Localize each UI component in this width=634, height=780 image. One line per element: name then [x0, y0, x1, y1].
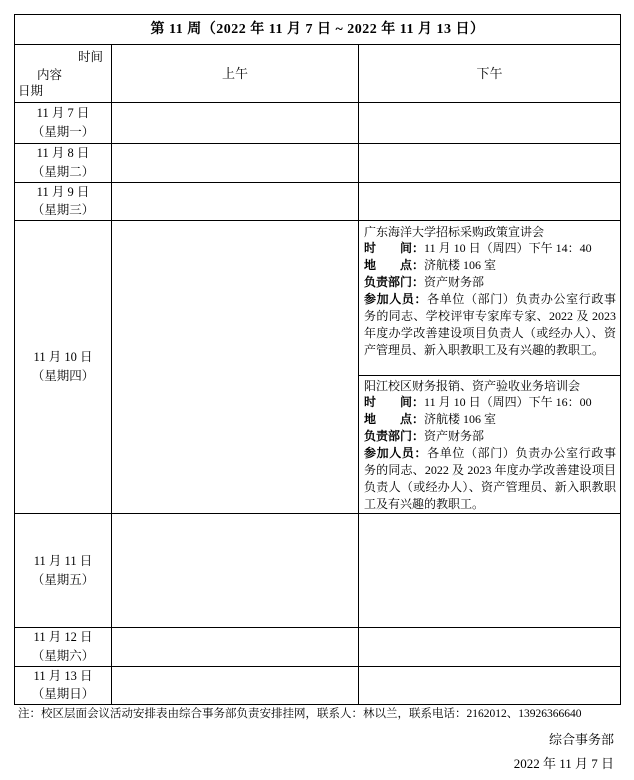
event-dept-value: 资产财务部 — [424, 429, 484, 443]
signature-date: 2022 年 11 月 7 日 — [514, 753, 614, 772]
date-cell-saturday: 11 月 12 日 （星期六） — [15, 628, 112, 667]
table-title-cell: 第 11 周（2022 年 11 月 7 日 ~ 2022 年 11 月 13 … — [15, 15, 621, 45]
date-cell-thursday: 11 月 10 日 （星期四） — [15, 221, 112, 514]
event-finance-training: 阳江校区财务报销、资产验收业务培训会 时 间：11 月 10 日（周四）下午 1… — [359, 376, 620, 513]
event-place-value: 济航楼 106 室 — [424, 412, 496, 426]
corner-label-time: 时间 — [78, 48, 103, 67]
footnote: 注：校区层面会议活动安排表由综合事务部负责安排挂网，联系人：林以兰，联系电话：2… — [18, 707, 618, 722]
event-dept-line: 负责部门：资产财务部 — [364, 428, 616, 445]
corner-label-date: 日期 — [18, 82, 43, 101]
event-attendees-line: 参加人员：各单位（部门）负责办公室行政事务的同志、学校评审专家库专家、2022 … — [364, 291, 616, 359]
date-label: 11 月 7 日 — [15, 104, 111, 123]
event-time-label: 时 间： — [364, 241, 424, 255]
cell-pm-wednesday — [359, 182, 621, 221]
table-row-wednesday: 11 月 9 日 （星期三） — [15, 182, 621, 221]
cell-am-thursday — [112, 221, 359, 514]
corner-header-cell: 时间 内容 日期 — [15, 45, 112, 103]
date-label: 11 月 9 日 — [15, 183, 111, 202]
event-procurement-briefing: 广东海洋大学招标采购政策宣讲会 时 间：11 月 10 日（周四）下午 14：4… — [359, 222, 620, 376]
event-attendees-label: 参加人员： — [364, 292, 427, 306]
date-cell-wednesday: 11 月 9 日 （星期三） — [15, 182, 112, 221]
event-dept-value: 资产财务部 — [424, 275, 484, 289]
event-title: 阳江校区财务报销、资产验收业务培训会 — [364, 378, 616, 395]
cell-am-friday — [112, 514, 359, 628]
table-row-sunday: 11 月 13 日 （星期日） — [15, 666, 621, 705]
event-place-line: 地 点：济航楼 106 室 — [364, 411, 616, 428]
cell-pm-friday — [359, 514, 621, 628]
table-header-row: 时间 内容 日期 上午 下午 — [15, 45, 621, 103]
date-cell-monday: 11 月 7 日 （星期一） — [15, 103, 112, 144]
table-row-tuesday: 11 月 8 日 （星期二） — [15, 144, 621, 183]
table-row-saturday: 11 月 12 日 （星期六） — [15, 628, 621, 667]
event-time-label: 时 间： — [364, 395, 424, 409]
cell-am-tuesday — [112, 144, 359, 183]
date-cell-sunday: 11 月 13 日 （星期日） — [15, 666, 112, 705]
date-label: 11 月 10 日 — [15, 348, 111, 367]
weekday-label: （星期三） — [15, 201, 111, 220]
date-label: 11 月 8 日 — [15, 144, 111, 163]
document-page: 第 11 周（2022 年 11 月 7 日 ~ 2022 年 11 月 13 … — [0, 0, 634, 780]
weekday-label: （星期六） — [15, 647, 111, 666]
event-time-value: 11 月 10 日（周四）下午 16：00 — [424, 395, 592, 409]
date-cell-friday: 11 月 11 日 （星期五） — [15, 514, 112, 628]
date-label: 11 月 12 日 — [15, 628, 111, 647]
event-attendees-label: 参加人员： — [364, 446, 427, 460]
cell-pm-monday — [359, 103, 621, 144]
cell-am-wednesday — [112, 182, 359, 221]
weekday-label: （星期一） — [15, 123, 111, 142]
date-label: 11 月 13 日 — [15, 667, 111, 686]
event-time-value: 11 月 10 日（周四）下午 14：40 — [424, 241, 592, 255]
cell-am-sunday — [112, 666, 359, 705]
weekday-label: （星期五） — [15, 571, 111, 590]
event-title: 广东海洋大学招标采购政策宣讲会 — [364, 224, 616, 241]
event-attendees-line: 参加人员：各单位（部门）负责办公室行政事务的同志、2022 及 2023 年度办… — [364, 445, 616, 513]
table-title: 第 11 周（2022 年 11 月 7 日 ~ 2022 年 11 月 13 … — [151, 22, 485, 37]
weekly-schedule-table: 第 11 周（2022 年 11 月 7 日 ~ 2022 年 11 月 13 … — [14, 14, 621, 705]
signature-department: 综合事务部 — [549, 729, 614, 748]
event-time-line: 时 间：11 月 10 日（周四）下午 14：40 — [364, 240, 616, 257]
weekday-label: （星期日） — [15, 685, 111, 704]
cell-am-saturday — [112, 628, 359, 667]
table-row-friday: 11 月 11 日 （星期五） — [15, 514, 621, 628]
column-header-am: 上午 — [112, 45, 359, 103]
table-title-row: 第 11 周（2022 年 11 月 7 日 ~ 2022 年 11 月 13 … — [15, 15, 621, 45]
cell-pm-sunday — [359, 666, 621, 705]
cell-am-monday — [112, 103, 359, 144]
event-place-label: 地 点： — [364, 258, 424, 272]
date-label: 11 月 11 日 — [15, 552, 111, 571]
event-dept-label: 负责部门： — [364, 275, 424, 289]
column-header-pm: 下午 — [359, 45, 621, 103]
event-time-line: 时 间：11 月 10 日（周四）下午 16：00 — [364, 394, 616, 411]
table-row-monday: 11 月 7 日 （星期一） — [15, 103, 621, 144]
table-row-thursday: 11 月 10 日 （星期四） 广东海洋大学招标采购政策宣讲会 时 间：11 月… — [15, 221, 621, 514]
cell-pm-saturday — [359, 628, 621, 667]
cell-pm-thursday: 广东海洋大学招标采购政策宣讲会 时 间：11 月 10 日（周四）下午 14：4… — [359, 221, 621, 514]
cell-pm-tuesday — [359, 144, 621, 183]
date-cell-tuesday: 11 月 8 日 （星期二） — [15, 144, 112, 183]
event-dept-label: 负责部门： — [364, 429, 424, 443]
weekday-label: （星期四） — [15, 367, 111, 386]
event-place-value: 济航楼 106 室 — [424, 258, 496, 272]
event-dept-line: 负责部门：资产财务部 — [364, 274, 616, 291]
event-place-label: 地 点： — [364, 412, 424, 426]
weekday-label: （星期二） — [15, 163, 111, 182]
event-place-line: 地 点：济航楼 106 室 — [364, 257, 616, 274]
